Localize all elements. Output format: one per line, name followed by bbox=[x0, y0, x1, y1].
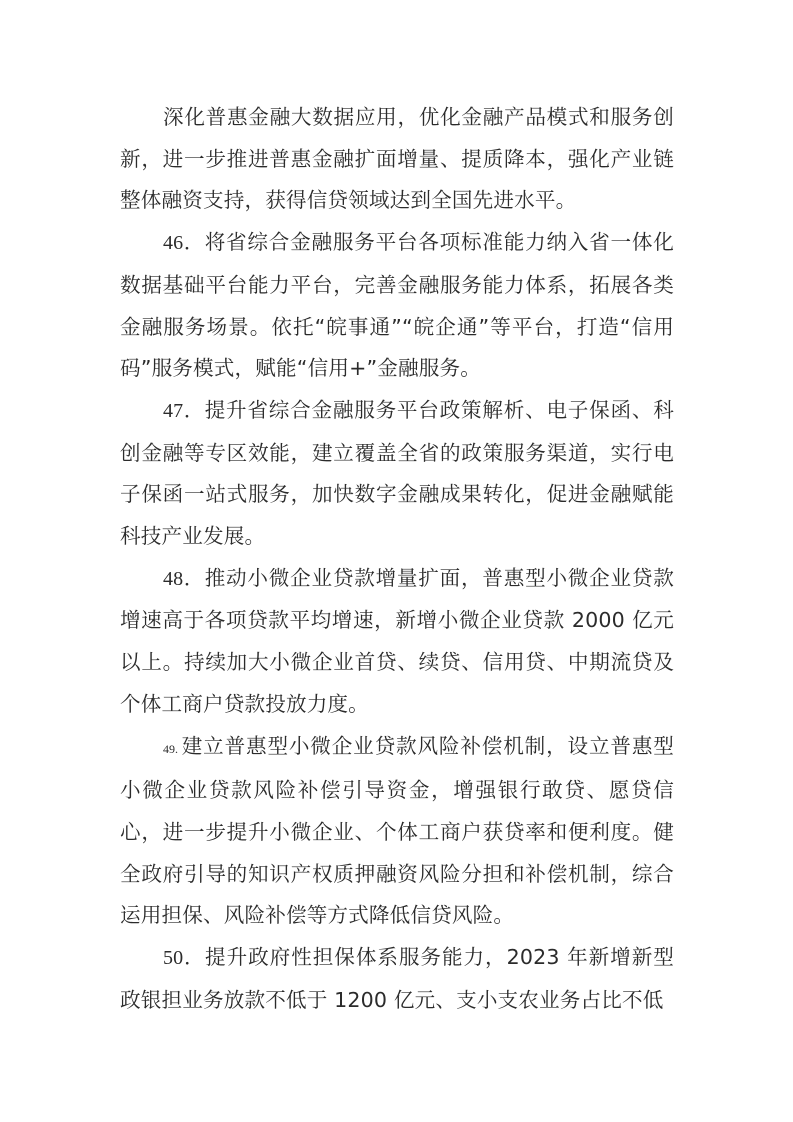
paragraph-intro: 深化普惠金融大数据应用，优化金融产品模式和服务创新，进一步推进普惠金融扩面增量、… bbox=[120, 97, 674, 222]
paragraph-item-48: 48．推动小微企业贷款增量扩面，普惠型小微企业贷款增速高于各项贷款平均增速，新增… bbox=[120, 558, 674, 726]
document-page: 深化普惠金融大数据应用，优化金融产品模式和服务创新，进一步推进普惠金融扩面增量、… bbox=[120, 97, 674, 1021]
paragraph-item-50: 50．提升政府性担保体系服务能力，2023 年新增新型政银担业务放款不低于 12… bbox=[120, 937, 674, 1021]
item-number: 49. bbox=[163, 742, 182, 756]
paragraph-item-49: 49. 建立普惠型小微企业贷款风险补偿机制，设立普惠型小微企业贷款风险补偿引导资… bbox=[120, 726, 674, 938]
item-number: 48． bbox=[163, 568, 205, 590]
paragraph-text: 建立普惠型小微企业贷款风险补偿机制，设立普惠型小微企业贷款风险补偿引导资金，增强… bbox=[120, 734, 674, 928]
item-number: 46． bbox=[163, 232, 205, 254]
paragraph-text: 深化普惠金融大数据应用，优化金融产品模式和服务创新，进一步推进普惠金融扩面增量、… bbox=[120, 105, 674, 212]
item-number: 47． bbox=[163, 400, 205, 422]
paragraph-item-46: 46．将省综合金融服务平台各项标准能力纳入省一体化数据基础平台能力平台，完善金融… bbox=[120, 222, 674, 390]
paragraph-item-47: 47．提升省综合金融服务平台政策解析、电子保函、科创金融等专区效能，建立覆盖全省… bbox=[120, 390, 674, 558]
item-number: 50． bbox=[163, 947, 205, 969]
